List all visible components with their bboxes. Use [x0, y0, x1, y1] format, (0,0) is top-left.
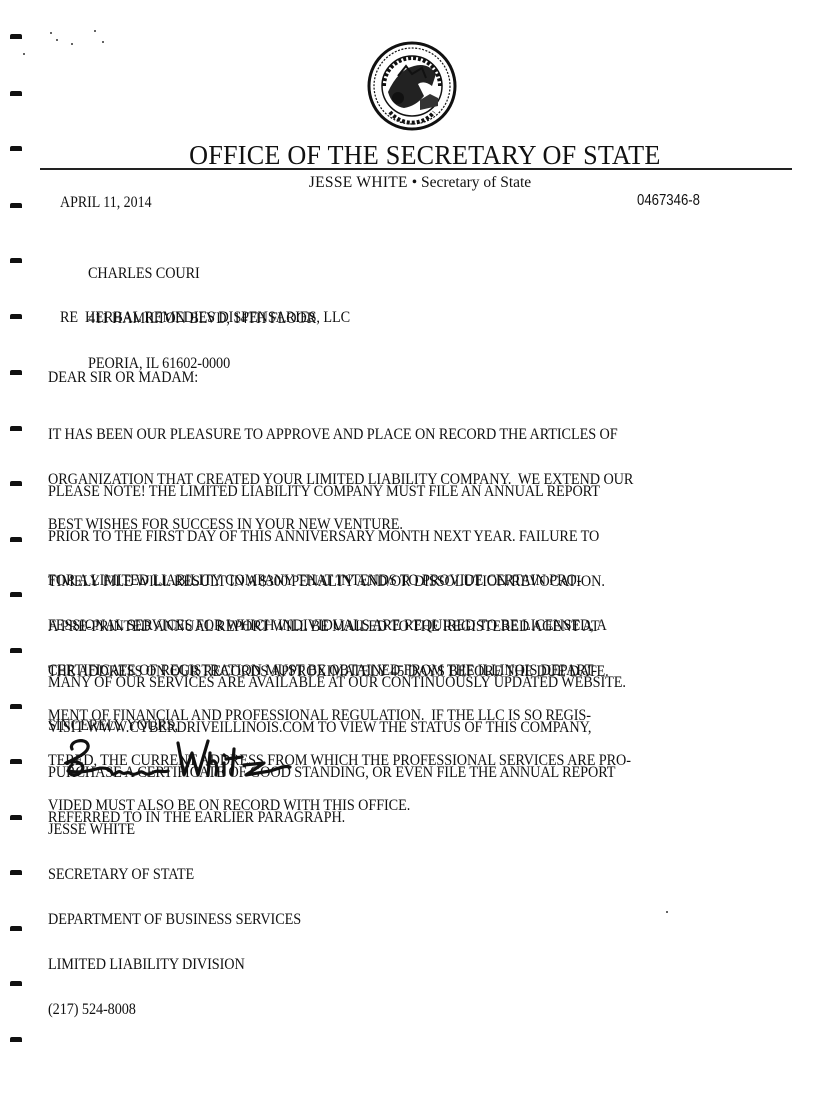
salutation: DEAR SIR OR MADAM:	[48, 370, 198, 385]
recipient-line: CHARLES COURI	[88, 266, 316, 281]
signatory-name: JESSE WHITE	[48, 822, 301, 837]
signature-block: JESSE WHITE SECRETARY OF STATE DEPARTMEN…	[48, 792, 301, 1032]
margin-tick-icon	[10, 926, 22, 931]
speck-icon	[666, 911, 668, 913]
margin-tick-icon	[10, 481, 22, 486]
signatory-phone: (217) 524-8008	[48, 1002, 301, 1017]
subject-label: RE	[60, 309, 78, 326]
margin-tick-icon	[10, 981, 22, 986]
subject-text: HERBAL REMEDIES DISPENSARIES, LLC	[85, 309, 350, 326]
header-rule	[40, 168, 792, 170]
speck-icon	[50, 32, 52, 34]
secretary-title: Secretary of State	[421, 174, 531, 191]
signatory-division: LIMITED LIABILITY DIVISION	[48, 957, 301, 972]
secretary-line: JESSE WHITE • Secretary of State	[0, 174, 840, 192]
signature-icon	[58, 735, 298, 783]
paragraph-line: FOR A LIMITED LIABILITY COMPANY THAT INT…	[48, 573, 631, 588]
speck-icon	[102, 41, 104, 43]
paragraph-line: PLEASE NOTE! THE LIMITED LIABILITY COMPA…	[48, 484, 609, 499]
paragraph-line: FESSIONAL SERVICES FOR WHICH INDIVIDUALS…	[48, 618, 631, 633]
closing: SINCERELY YOURS,	[48, 718, 178, 733]
margin-tick-icon	[10, 759, 22, 764]
margin-tick-icon	[10, 815, 22, 820]
speck-icon	[23, 53, 25, 55]
margin-tick-icon	[10, 314, 22, 319]
margin-tick-icon	[10, 1037, 22, 1042]
speck-icon	[94, 30, 96, 32]
paragraph-line: MANY OF OUR SERVICES ARE AVAILABLE AT OU…	[48, 675, 626, 690]
margin-tick-icon	[10, 537, 22, 542]
speck-icon	[56, 39, 58, 41]
margin-tick-icon	[10, 34, 22, 39]
signatory-department: DEPARTMENT OF BUSINESS SERVICES	[48, 912, 301, 927]
subject-line: RE HERBAL REMEDIES DISPENSARIES, LLC	[60, 310, 350, 325]
margin-tick-icon	[10, 704, 22, 709]
letter-date: APRIL 11, 2014	[60, 194, 152, 212]
margin-tick-icon	[10, 91, 22, 96]
state-seal-icon	[358, 40, 466, 132]
file-number: 0467346-8	[637, 192, 700, 210]
margin-tick-icon	[10, 203, 22, 208]
margin-tick-icon	[10, 370, 22, 375]
signatory-title: SECRETARY OF STATE	[48, 867, 301, 882]
margin-tick-icon	[10, 870, 22, 875]
bullet-separator: •	[412, 174, 417, 191]
margin-tick-icon	[10, 258, 22, 263]
margin-tick-icon	[10, 426, 22, 431]
paragraph-line: IT HAS BEEN OUR PLEASURE TO APPROVE AND …	[48, 427, 633, 442]
paragraph-line: PRIOR TO THE FIRST DAY OF THIS ANNIVERSA…	[48, 529, 609, 544]
speck-icon	[71, 43, 73, 45]
secretary-name: JESSE WHITE	[309, 174, 408, 191]
margin-tick-icon	[10, 592, 22, 597]
margin-tick-icon	[10, 648, 22, 653]
office-title: OFFICE OF THE SECRETARY OF STATE	[13, 140, 828, 171]
